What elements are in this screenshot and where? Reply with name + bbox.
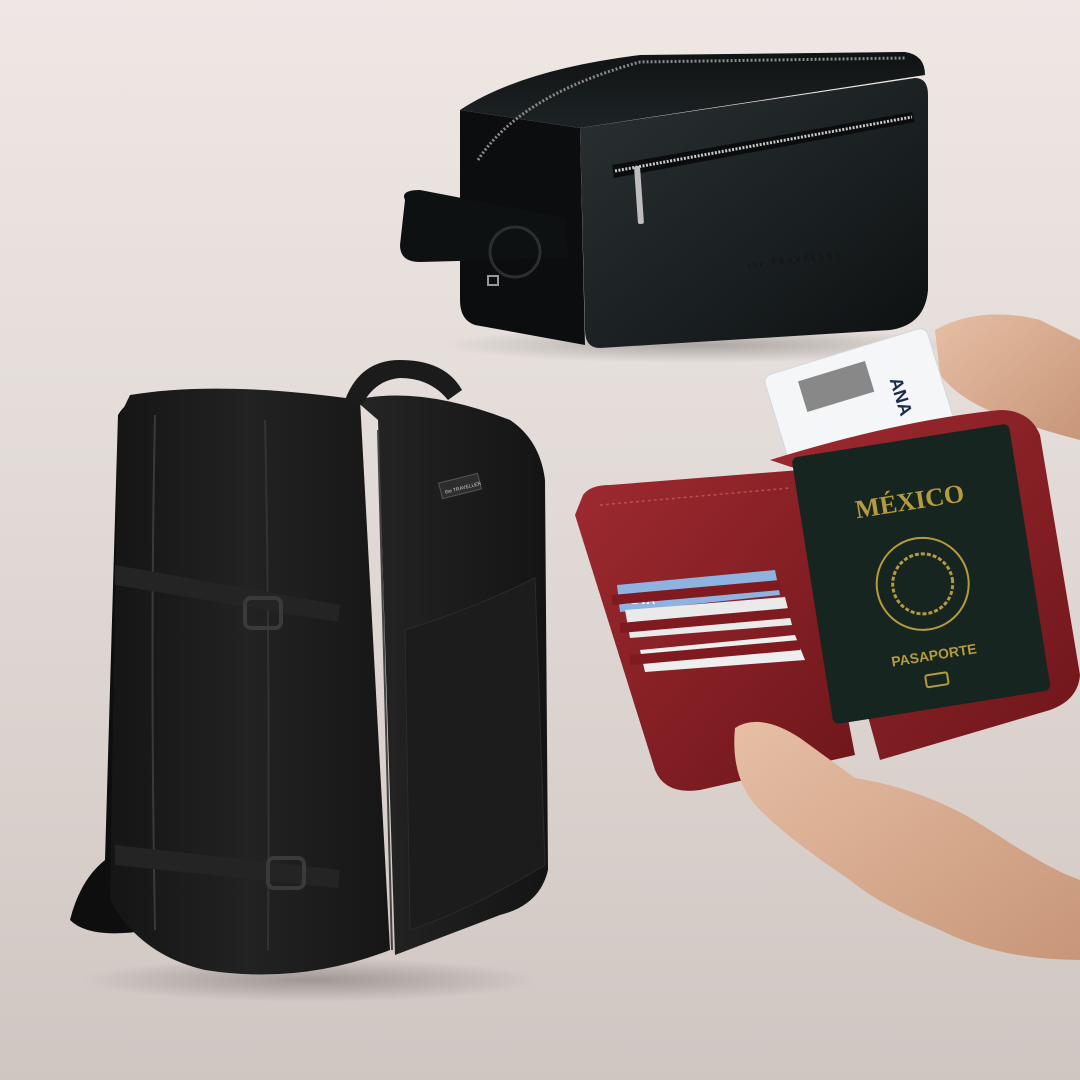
- passport-holder: ANA 1 BBVA MÉXICO PASAPORTE: [0, 0, 1080, 1080]
- wallet-cards: BBVA: [612, 570, 805, 672]
- passport: MÉXICO PASAPORTE: [791, 423, 1051, 724]
- passport-holder-illustration: ANA 1 BBVA MÉXICO PASAPORTE: [0, 0, 1080, 1080]
